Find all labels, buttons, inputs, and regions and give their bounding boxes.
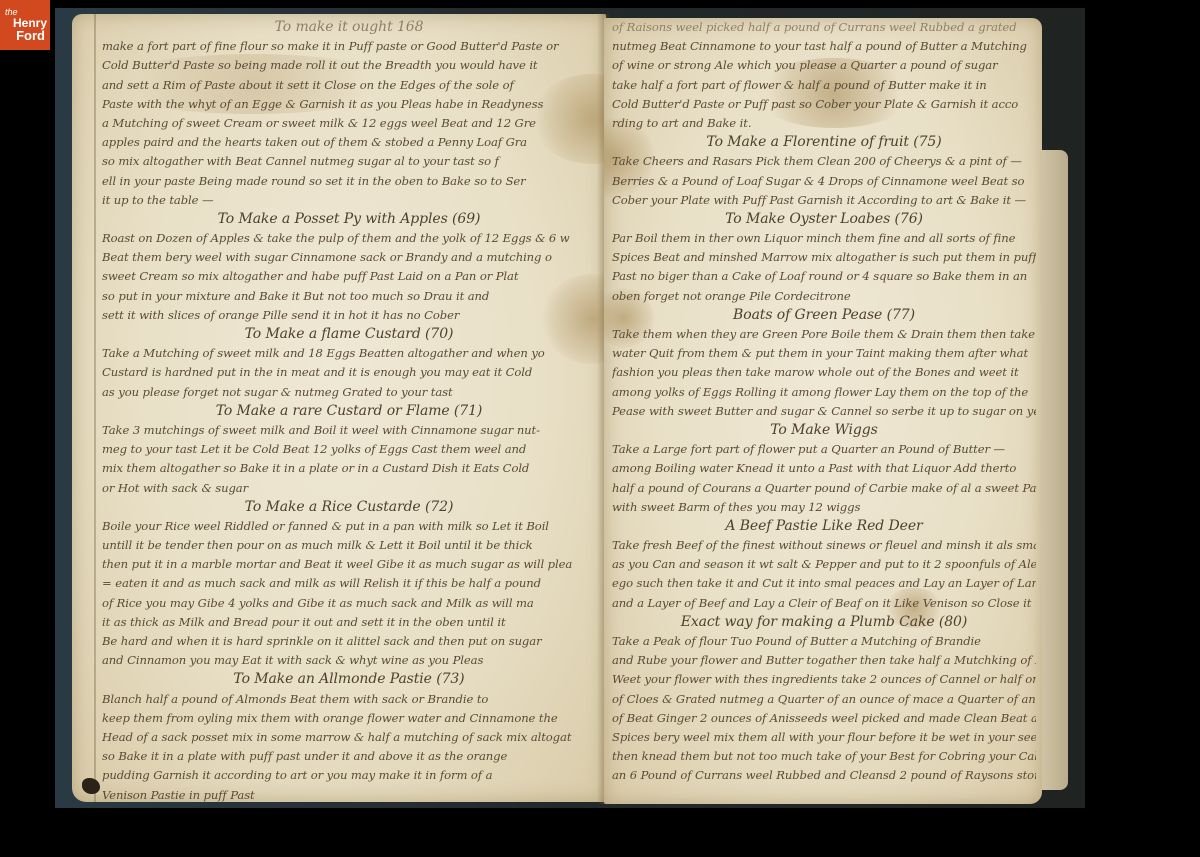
- manuscript-line: Take Cheers and Rasars Pick them Clean 2…: [612, 152, 1036, 171]
- right-page-text: of Raisons weel picked half a pound of C…: [612, 18, 1036, 786]
- manuscript-line: Par Boil them in ther own Liquor minch t…: [612, 229, 1036, 248]
- manuscript-line: nutmeg Beat Cinnamone to your tast half …: [612, 37, 1036, 56]
- manuscript-line: Take a Mutching of sweet milk and 18 Egg…: [102, 344, 596, 363]
- manuscript-line: so put in your mixture and Bake it But n…: [102, 287, 596, 306]
- recipe-title: Boats of Green Pease (77): [612, 306, 1036, 325]
- recipe-title: To Make a Florentine of fruit (75): [612, 133, 1036, 152]
- manuscript-line: Spices bery weel mix them all with your …: [612, 728, 1036, 747]
- manuscript-line: Custard is hardned put in the in meat an…: [102, 363, 596, 382]
- manuscript-line: Cold Butter'd Paste or Puff past so Cobe…: [612, 95, 1036, 114]
- recipe-title: To Make a Rice Custarde (72): [102, 498, 596, 517]
- manuscript-line: oben forget not orange Pile Cordecitrone: [612, 287, 1036, 306]
- manuscript-line: Head of a sack posset mix in some marrow…: [102, 728, 596, 747]
- manuscript-line: untill it be tender then pour on as much…: [102, 536, 596, 555]
- manuscript-line: Take a Large fort part of flower put a Q…: [612, 440, 1036, 459]
- manuscript-line: it as thick as Milk and Bread pour it ou…: [102, 613, 596, 632]
- manuscript-line: with sweet Barm of thes you may 12 wiggs: [612, 498, 1036, 517]
- manuscript-line: as you please forget not sugar & nutmeg …: [102, 383, 596, 402]
- manuscript-line: so Bake it in a plate with puff past und…: [102, 747, 596, 766]
- recipe-title: Exact way for making a Plumb Cake (80): [612, 613, 1036, 632]
- recipe-title: To Make a flame Custard (70): [102, 325, 596, 344]
- manuscript-line: = eaten it and as much sack and milk as …: [102, 574, 596, 593]
- manuscript-line: Cold Butter'd Paste so being made roll i…: [102, 56, 596, 75]
- manuscript-line: among Boiling water Knead it unto a Past…: [612, 459, 1036, 478]
- manuscript-line: half a pound of Courans a Quarter pound …: [612, 479, 1036, 498]
- manuscript-line: it up to the table —: [102, 191, 596, 210]
- manuscript-line: an 6 Pound of Currans weel Rubbed and Cl…: [612, 766, 1036, 785]
- manuscript-line: Take a Peak of flour Tuo Pound of Butter…: [612, 632, 1036, 651]
- manuscript-line: water Quit from them & put them in your …: [612, 344, 1036, 363]
- manuscript-line: Take fresh Beef of the finest without si…: [612, 536, 1036, 555]
- manuscript-line: mix them altogather so Bake it in a plat…: [102, 459, 596, 478]
- manuscript-line: of Cloes & Grated nutmeg a Quarter of an…: [612, 690, 1036, 709]
- manuscript-line: sett it with slices of orange Pille send…: [102, 306, 596, 325]
- manuscript-line: then knead them but not too much take of…: [612, 747, 1036, 766]
- manuscript-line: then put it in a marble mortar and Beat …: [102, 555, 596, 574]
- page-edge-stack: [1042, 150, 1068, 790]
- manuscript-line: Berries & a Pound of Loaf Sugar & 4 Drop…: [612, 172, 1036, 191]
- manuscript-line: as you Can and season it wt salt & Peppe…: [612, 555, 1036, 574]
- recipe-title: To Make a Posset Py with Apples (69): [102, 210, 596, 229]
- manuscript-line: take half a fort part of flower & half a…: [612, 76, 1036, 95]
- ink-blot: [82, 778, 100, 794]
- manuscript-line: Paste with the whyt of an Egge & Garnish…: [102, 95, 596, 114]
- manuscript-line: ell in your paste Being made round so se…: [102, 172, 596, 191]
- manuscript-line: Take 3 mutchings of sweet milk and Boil …: [102, 421, 596, 440]
- manuscript-line: ego such then take it and Cut it into sm…: [612, 574, 1036, 593]
- manuscript-line: Past no biger than a Cake of Loaf round …: [612, 267, 1036, 286]
- manuscript-line: and Rube your flower and Butter togather…: [612, 651, 1036, 670]
- manuscript-line: Weet your flower with thes ingredients t…: [612, 670, 1036, 689]
- manuscript-line: Pease with sweet Butter and sugar & Cann…: [612, 402, 1036, 421]
- manuscript-line: a Mutching of sweet Cream or sweet milk …: [102, 114, 596, 133]
- recipe-title: To Make an Allmonde Pastie (73): [102, 670, 596, 689]
- manuscript-line: so mix altogather with Beat Cannel nutme…: [102, 152, 596, 171]
- manuscript-line: keep them from oyling mix them with oran…: [102, 709, 596, 728]
- manuscript-line: of Raisons weel picked half a pound of C…: [612, 18, 1036, 37]
- logo-text-ford: Ford: [16, 29, 45, 42]
- manuscript-line: apples paird and the hearts taken out of…: [102, 133, 596, 152]
- manuscript-line: Cober your Plate with Puff Past Garnish …: [612, 191, 1036, 210]
- manuscript-line: and sett a Rim of Paste about it sett it…: [102, 76, 596, 95]
- manuscript-line: sweet Cream so mix altogather and habe p…: [102, 267, 596, 286]
- recipe-title: To make it ought 168: [102, 18, 596, 37]
- recipe-title: To Make Wiggs: [612, 421, 1036, 440]
- recipe-title: To Make Oyster Loabes (76): [612, 210, 1036, 229]
- manuscript-line: Beat them bery weel with sugar Cinnamone…: [102, 248, 596, 267]
- manuscript-line: of wine or strong Ale which you please a…: [612, 56, 1036, 75]
- manuscript-line: and a Layer of Beef and Lay a Cleir of B…: [612, 594, 1036, 613]
- henry-ford-logo: the Henry Ford: [0, 0, 50, 50]
- manuscript-line: Take them when they are Green Pore Boile…: [612, 325, 1036, 344]
- manuscript-line: pudding Garnish it according to art or y…: [102, 766, 596, 785]
- manuscript-line: make a fort part of fine flour so make i…: [102, 37, 596, 56]
- manuscript-line: rding to art and Bake it.: [612, 114, 1036, 133]
- left-page-text: To make it ought 168make a fort part of …: [102, 18, 596, 802]
- manuscript-line: fashion you pleas then take marow whole …: [612, 363, 1036, 382]
- manuscript-line: among yolks of Eggs Rolling it among flo…: [612, 383, 1036, 402]
- manuscript-line: of Beat Ginger 2 ounces of Anisseeds wee…: [612, 709, 1036, 728]
- manuscript-line: Venison Pastie in puff Past: [102, 786, 596, 803]
- manuscript-line: Roast on Dozen of Apples & take the pulp…: [102, 229, 596, 248]
- manuscript-line: meg to your tast Let it be Cold Beat 12 …: [102, 440, 596, 459]
- manuscript-line: Blanch half a pound of Almonds Beat them…: [102, 690, 596, 709]
- manuscript-line: or Hot with sack & sugar: [102, 479, 596, 498]
- manuscript-line: Spices Beat and minshed Marrow mix altog…: [612, 248, 1036, 267]
- manuscript-line: of Rice you may Gibe 4 yolks and Gibe it…: [102, 594, 596, 613]
- manuscript-left-page: To make it ought 168make a fort part of …: [72, 14, 606, 802]
- recipe-title: To Make a rare Custard or Flame (71): [102, 402, 596, 421]
- manuscript-right-page: of Raisons weel picked half a pound of C…: [604, 18, 1042, 804]
- manuscript-line: Be hard and when it is hard sprinkle on …: [102, 632, 596, 651]
- recipe-title: A Beef Pastie Like Red Deer: [612, 517, 1036, 536]
- manuscript-line: and Cinnamon you may Eat it with sack & …: [102, 651, 596, 670]
- manuscript-line: Boile your Rice weel Riddled or fanned &…: [102, 517, 596, 536]
